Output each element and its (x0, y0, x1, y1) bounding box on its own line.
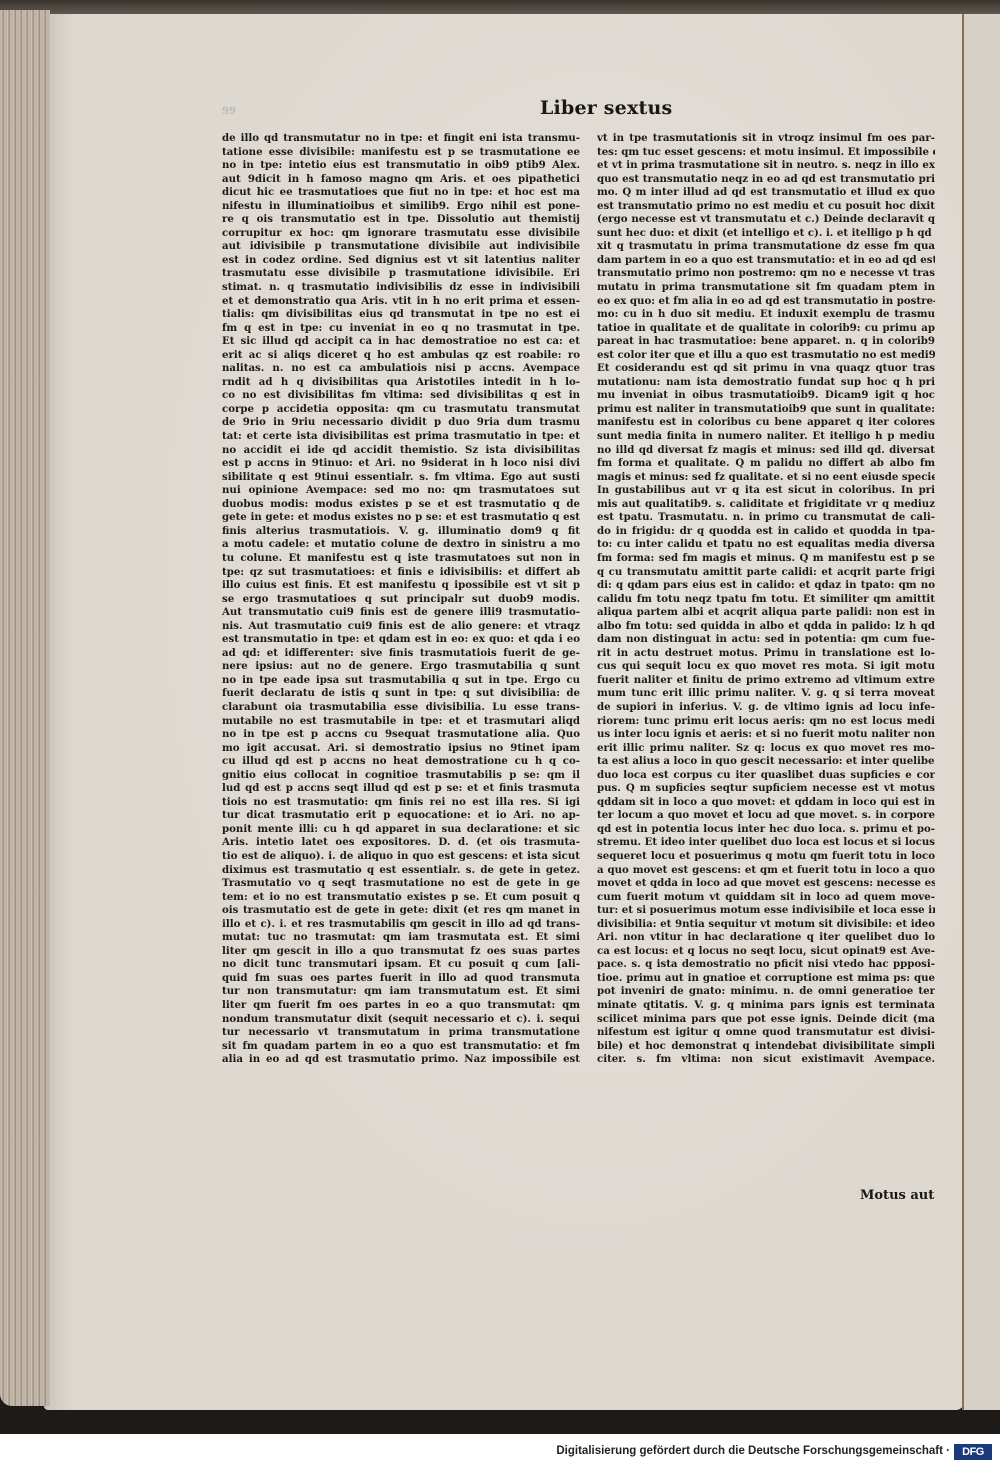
text-line: alia in eo ad qd est trasmutatio primo. … (222, 1053, 580, 1067)
text-line: pot inveniri de gnato: minimu. n. de omn… (597, 985, 935, 999)
text-line: fuerit naliter et finitu de primo extrem… (597, 674, 935, 688)
text-line: ponit mente illi: cu h qd apparet in sua… (222, 823, 580, 837)
text-line: mu inveniat in oibus trasmutatioib9. Dic… (597, 389, 935, 403)
text-line: fm q est in tpe: cu inveniat in eo q no … (222, 322, 580, 336)
text-line: fm forma: sed fm magis et minus. Q m man… (597, 552, 935, 566)
text-line: de illo qd transmutatur no in tpe: et fi… (222, 132, 580, 146)
text-column-right: vt in tpe trasmutationis sit in vtroqz i… (597, 132, 935, 1067)
text-line: ca est locus: et q locus no seqt locu, s… (597, 945, 935, 959)
text-line: cum fuerit motum vt quiddam sit in loco … (597, 891, 935, 905)
text-line: sunt media finita in numero naliter. Et … (597, 430, 935, 444)
text-line: rndit ad h q divisibilitas qua Aristotil… (222, 376, 580, 390)
footer-bar: Digitalisierung gefördert durch die Deut… (0, 1434, 1000, 1470)
text-line: Et cosiderandu est qd sit primu in vna q… (597, 362, 935, 376)
text-line: rit in actu destruet motus. Primu in tra… (597, 647, 935, 661)
text-line: tu colune. Et manifestu est q iste trasm… (222, 552, 580, 566)
text-line: no in tpe eade ipsa sut trasmutabilia q … (222, 674, 580, 688)
text-line: pace. s. q ista demostratio no pficit ni… (597, 958, 935, 972)
text-line: corrupitur ex hoc: qm ignorare trasmutat… (222, 227, 580, 241)
text-line: albo fm totu: sed quidda in albo et qdda… (597, 620, 935, 634)
text-line: transmutatio primo non postremo: qm no e… (597, 267, 935, 281)
text-line: us inter locu ignis et aeris: et si no f… (597, 728, 935, 742)
dfg-logo-icon: DFG (954, 1444, 992, 1460)
text-line: mis aut qualitatib9. s. caliditate et fr… (597, 498, 935, 512)
text-line: magis et minus: sed fz qualitate. et si … (597, 471, 935, 485)
text-line: qddam sit in loco a quo movet: et qddam … (597, 796, 935, 810)
text-line: ois trasmutatio est de gete in gete: dix… (222, 904, 580, 918)
text-line: liter qm gescit in illo a quo transmutat… (222, 945, 580, 959)
text-line: aut idivisibile p transmutatione divisib… (222, 240, 580, 254)
text-line: duo loca est corpus cu iter quaslibet du… (597, 769, 935, 783)
text-line: illo cuius est finis. Et est manifestu q… (222, 579, 580, 593)
offset-mark: 99 (222, 106, 236, 117)
text-line: nui opinione Avempace: sed mo no: qm tra… (222, 484, 580, 498)
text-line: aliqua partem albi et acqrit aliqua part… (597, 606, 935, 620)
text-line: est p accns in 9tinuo: et Ari. no 9sider… (222, 457, 580, 471)
text-line: ad qd: et idifferenter: sive finis trasm… (222, 647, 580, 661)
text-line: erit illic primu naliter. Sz q: locus ex… (597, 742, 935, 756)
facing-page-edge (962, 14, 1000, 1410)
text-line: sibilitate q est 9tinui essentialr. s. f… (222, 471, 580, 485)
text-line: mutabile no est trasmutabile in tpe: et … (222, 715, 580, 729)
text-line: sit fm quadam partem in eo a quo est tra… (222, 1040, 580, 1054)
text-line: dam non distinguat in actu: sed in poten… (597, 633, 935, 647)
text-line: xit q trasmutatu in prima transmutatione… (597, 240, 935, 254)
text-line: cu illud qd est p accns no heat demostra… (222, 755, 580, 769)
text-line: dicut hic ee trasmutatioes que fiut no i… (222, 186, 580, 200)
text-line: tur necessario vt transmutatum in prima … (222, 1026, 580, 1040)
text-line: sunt hec duo: et dixit (et intelligo et … (597, 227, 935, 241)
text-line: citer. s. fm vltima: non sicut existimav… (597, 1053, 935, 1067)
text-line: do in frigidu: dr q quodda est in calido… (597, 525, 935, 539)
text-line: nis. Aut trasmutatio cui9 finis est de a… (222, 620, 580, 634)
text-line: sequeret locu et posuerimus q motu qm fu… (597, 850, 935, 864)
text-line: nere ipsius: aut no de genere. Ergo tras… (222, 660, 580, 674)
text-line: gete in gete: et modus existes no p se: … (222, 511, 580, 525)
text-line: illo et c). i. et res trasmutabilis qm g… (222, 918, 580, 932)
text-line: tur non transmutatur: qm iam transmutatu… (222, 985, 580, 999)
text-line: est transmutatio in tpe: et qdam est in … (222, 633, 580, 647)
book-scan: 99 Liber sextus de illo qd transmutatur … (0, 0, 1000, 1434)
text-line: se ergo trasmutatioes q sut principalr s… (222, 593, 580, 607)
text-line: est tpatu. Trasmutatu. n. in primo cu tr… (597, 511, 935, 525)
text-line: de 9rio in 9riu necessario dividit p duo… (222, 416, 580, 430)
text-line: trasmutatu esse divisibile p trasmutatio… (222, 267, 580, 281)
text-line: stremu. Et ideo inter quelibet duo loca … (597, 836, 935, 850)
text-line: liter qm fuerit fm oes partes in eo a qu… (222, 999, 580, 1013)
text-line: nifestum est igitur q omne quod transmut… (597, 1026, 935, 1040)
text-line: clarabunt oia trasmutabilia esse divisib… (222, 701, 580, 715)
text-line: quo est transmutatio neqz in eo ad qd es… (597, 173, 935, 187)
text-line: Et sic illud qd accipit ca in hac demost… (222, 335, 580, 349)
text-line: no illd qd diversat fz magis et minus: s… (597, 444, 935, 458)
text-line: divisibilia: et 9ntia sequitur vt motum … (597, 918, 935, 932)
text-line: a quo movet est gescens: et qm et fuerit… (597, 864, 935, 878)
text-line: et et demonstratio qua Aris. vtit in h n… (222, 295, 580, 309)
text-line: tatione esse divisibile: manifestu est p… (222, 146, 580, 160)
text-line: bile) et hoc demonstrat q intendebat div… (597, 1040, 935, 1054)
text-line: to: cu inter calidu et tpatu no est equa… (597, 538, 935, 552)
text-line: manifestu est in coloribus cu bene appar… (597, 416, 935, 430)
text-line: no dicit tunc transmutari ipsam. Et cu p… (222, 958, 580, 972)
text-line: calidu fm totu neqz tpatu fm totu. Et si… (597, 593, 935, 607)
text-line: ta est alius a loco in quo gescit necess… (597, 755, 935, 769)
text-line: pus. Q m supficies seqtur supficiem nece… (597, 782, 935, 796)
text-line: scilicet minima pars que pot esse ignis.… (597, 1013, 935, 1027)
text-line: est in codez ordine. Sed dignius est vt … (222, 254, 580, 268)
text-line: tioe. primu aut in gnatioe et corruption… (597, 972, 935, 986)
text-line: a motu cadele: et mutatio colune de dext… (222, 538, 580, 552)
text-line: duobus modis: modus existes p se et est … (222, 498, 580, 512)
text-line: tatioe in qualitate et de qualitate in c… (597, 322, 935, 336)
text-line: primu est naliter in transmutatioib9 que… (597, 403, 935, 417)
text-line: nondum transmutatur dixit (sequit necess… (222, 1013, 580, 1027)
text-line: Aut transmutatio cui9 finis est de gener… (222, 606, 580, 620)
text-line: de supiori in inferius. V. g. de vltimo … (597, 701, 935, 715)
text-line: Ari. non vtitur in hac declaratione q it… (597, 931, 935, 945)
text-line: no in tpe est p accns cu 9sequat trasmut… (222, 728, 580, 742)
text-line: aut 9dicit in h famoso magno qm Aris. et… (222, 173, 580, 187)
text-line: fuerit declaratu de istis q sunt in tpe:… (222, 687, 580, 701)
text-line: mutat: tuc no trasmutat: qm iam trasmuta… (222, 931, 580, 945)
text-line: tpe: qz sut trasmutatioes: et finis e id… (222, 566, 580, 580)
text-line: q cu transmutatu amittit parte calidi: e… (597, 566, 935, 580)
text-line: ter locum a quo movet et locu ad que mov… (597, 809, 935, 823)
text-line: minate qtitatis. V. g. q minima pars ign… (597, 999, 935, 1013)
text-line: co no est divisibilitas fm vltima: sed d… (222, 389, 580, 403)
text-line: quid fm suas oes partes fuerit in illo a… (222, 972, 580, 986)
text-line: mum tunc erit illic primu naliter. V. g.… (597, 687, 935, 701)
text-line: mutationu: nam ista demostratio fundat s… (597, 376, 935, 390)
text-line: tialis: qm divisibilitas eius qd transmu… (222, 308, 580, 322)
text-line: tio est de aliquo). i. de aliquo in quo … (222, 850, 580, 864)
text-line: diximus est trasmutatio q est essentialr… (222, 864, 580, 878)
text-line: tur: et si posuerimus motum esse indivis… (597, 904, 935, 918)
text-line: est color iter que et illu a quo est tra… (597, 349, 935, 363)
text-line: (ergo necesse est vt transmutatu et c.) … (597, 213, 935, 227)
text-line: In gustabilibus aut vr q ita est sicut i… (597, 484, 935, 498)
text-line: qd est in potentia locus inter hec duo l… (597, 823, 935, 837)
text-line: finis alterius trasmutatiois. V. g. illu… (222, 525, 580, 539)
funding-credit: Digitalisierung gefördert durch die Deut… (556, 1445, 950, 1457)
text-line: movet et qdda in loco ad que movet est g… (597, 877, 935, 891)
text-line: et vt in prima trasmutatione sit in neut… (597, 159, 935, 173)
text-line: fm forma et qualitate. Q m palidu no dif… (597, 457, 935, 471)
page-stack-edge (0, 10, 50, 1406)
text-line: nifestu in illuminatioibus et similib9. … (222, 200, 580, 214)
text-line: cus qui sequit locu ex quo movet res mot… (597, 660, 935, 674)
text-line: tat: et certe ista divisibilitas est pri… (222, 430, 580, 444)
text-line: mo igit accusat. Ari. si demostratio ips… (222, 742, 580, 756)
text-line: dam partem in eo a quo est transmutatio:… (597, 254, 935, 268)
text-line: mo. Q m inter illud ad qd est transmutat… (597, 186, 935, 200)
catchword: Motus aut (860, 1188, 934, 1203)
text-line: pareat in hac trasmutatioe: bene apparet… (597, 335, 935, 349)
text-line: tur dicat trasmutatio erit p equocatione… (222, 809, 580, 823)
text-line: Trasmutatio vo q seqt trasmutatione no e… (222, 877, 580, 891)
text-line: mo: cu in h duo sit mediu. Et induxit ex… (597, 308, 935, 322)
text-line: est transmutatio primo no est mediu et c… (597, 200, 935, 214)
text-line: mutatu in prima transmutatione sit fm qu… (597, 281, 935, 295)
text-line: eo ex quo: et fm alia in eo ad qd est tr… (597, 295, 935, 309)
text-line: gnitio eius collocat in cognitioe trasmu… (222, 769, 580, 783)
text-column-left: de illo qd transmutatur no in tpe: et fi… (222, 132, 580, 1067)
text-line: Aris. intetio latet oes expositores. D. … (222, 836, 580, 850)
text-line: tes: qm tuc esset gescens: et motu insim… (597, 146, 935, 160)
text-line: erit ac si aliqs diceret q ho est ambula… (222, 349, 580, 363)
text-line: corpe p accidetia opposita: qm cu trasmu… (222, 403, 580, 417)
text-line: tiois no est trasmutatio: qm finis rei n… (222, 796, 580, 810)
text-line: no in tpe: intetio eius est transmutatio… (222, 159, 580, 173)
text-line: lud qd est p accns seqt illud qd est p s… (222, 782, 580, 796)
text-line: vt in tpe trasmutationis sit in vtroqz i… (597, 132, 935, 146)
text-line: riorem: tunc primu erit locus aeris: qm … (597, 715, 935, 729)
text-line: tem: et io no est transmutatio existes p… (222, 891, 580, 905)
text-line: no accidit ei ide qd accidit themistio. … (222, 444, 580, 458)
text-line: di: q qdam pars eius est in calido: et q… (597, 579, 935, 593)
text-line: nalitas. n. no est ca ambulatiois nisi p… (222, 362, 580, 376)
text-line: stimat. n. q trasmutatio indivisibilis d… (222, 281, 580, 295)
running-head: Liber sextus (540, 97, 672, 119)
text-line: re q ois transmutatio est in tpe. Dissol… (222, 213, 580, 227)
